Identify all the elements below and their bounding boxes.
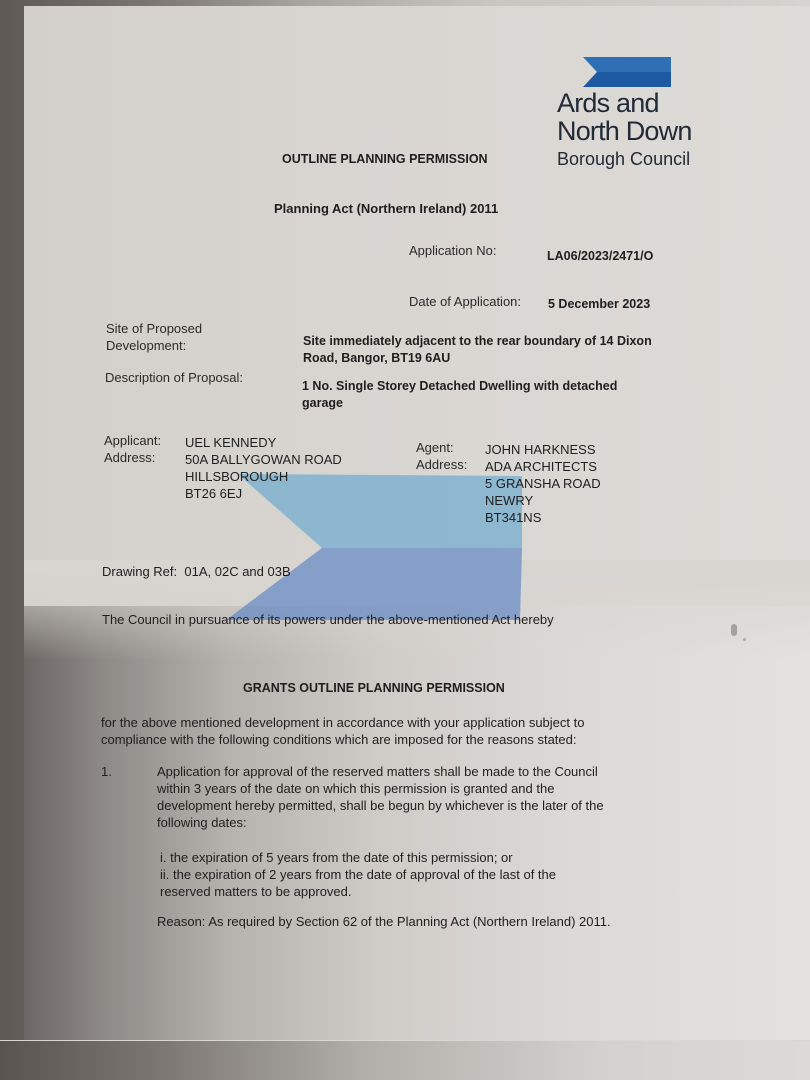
applicant-address-line: 50A BALLYGOWAN ROAD [185,451,342,468]
condition-line: within 3 years of the date on which this… [157,780,604,797]
applicant-address-line: HILLSBOROUGH [185,468,342,485]
agent-block: JOHN HARKNESS ADA ARCHITECTS 5 GRANSHA R… [485,441,601,526]
site-value: Site immediately adjacent to the rear bo… [303,333,652,367]
applicant-labels: Applicant: Address: [104,432,161,466]
intro-line-2: compliance with the following conditions… [101,731,584,748]
council-statement: The Council in pursuance of its powers u… [102,611,554,628]
paper-smudge [743,638,746,641]
applicant-label: Applicant: [104,432,161,449]
logo-line-3: Borough Council [557,150,692,168]
site-line-1: Site immediately adjacent to the rear bo… [303,333,652,350]
date-label: Date of Application: [409,294,521,309]
lower-sheet-edge [0,1040,810,1080]
sub-item: reserved matters to be approved. [160,883,556,900]
agent-label: Agent: [416,439,467,456]
agent-name: JOHN HARKNESS [485,441,601,458]
agent-address-line: NEWRY [485,492,601,509]
logo-line-1: Ards and [557,90,692,117]
application-no-value: LA06/2023/2471/O [547,249,653,263]
condition-number: 1. [101,763,112,780]
agent-address-label: Address: [416,456,467,473]
agent-address-line: BT341NS [485,509,601,526]
drawing-ref-label: Drawing Ref: [102,564,177,579]
paper-smudge [731,624,737,636]
applicant-block: UEL KENNEDY 50A BALLYGOWAN ROAD HILLSBOR… [185,434,342,502]
intro-line-1: for the above mentioned development in a… [101,714,584,731]
grants-heading: GRANTS OUTLINE PLANNING PERMISSION [243,681,505,695]
site-label-line-1: Site of Proposed [106,320,202,337]
act-title: Planning Act (Northern Ireland) 2011 [274,201,498,216]
sub-item: i. the expiration of 5 years from the da… [160,849,556,866]
condition-line: Application for approval of the reserved… [157,763,604,780]
proposal-value: 1 No. Single Storey Detached Dwelling wi… [302,378,617,412]
condition-reason: Reason: As required by Section 62 of the… [157,913,611,930]
proposal-line-1: 1 No. Single Storey Detached Dwelling wi… [302,378,617,395]
agent-labels: Agent: Address: [416,439,467,473]
proposal-label: Description of Proposal: [105,370,243,385]
logo-line-2: North Down [557,118,692,145]
agent-address-line: 5 GRANSHA ROAD [485,475,601,492]
condition-line: following dates: [157,814,604,831]
applicant-address-line: BT26 6EJ [185,485,342,502]
intro-paragraph: for the above mentioned development in a… [101,714,584,748]
sub-item: ii. the expiration of 2 years from the d… [160,866,556,883]
proposal-line-2: garage [302,395,617,412]
applicant-address-label: Address: [104,449,161,466]
site-label: Site of Proposed Development: [106,320,202,354]
condition-sub-items: i. the expiration of 5 years from the da… [160,849,556,900]
agent-address-line: ADA ARCHITECTS [485,458,601,475]
site-label-line-2: Development: [106,337,202,354]
condition-text: Application for approval of the reserved… [157,763,604,831]
flag-logo-icon [583,57,671,87]
date-value: 5 December 2023 [548,297,650,311]
condition-line: development hereby permitted, shall be b… [157,797,604,814]
document-title: OUTLINE PLANNING PERMISSION [282,152,488,166]
drawing-ref: Drawing Ref: 01A, 02C and 03B [102,563,291,580]
site-line-2: Road, Bangor, BT19 6AU [303,350,652,367]
drawing-ref-value: 01A, 02C and 03B [184,564,290,579]
application-no-label: Application No: [409,243,496,258]
applicant-name: UEL KENNEDY [185,434,342,451]
